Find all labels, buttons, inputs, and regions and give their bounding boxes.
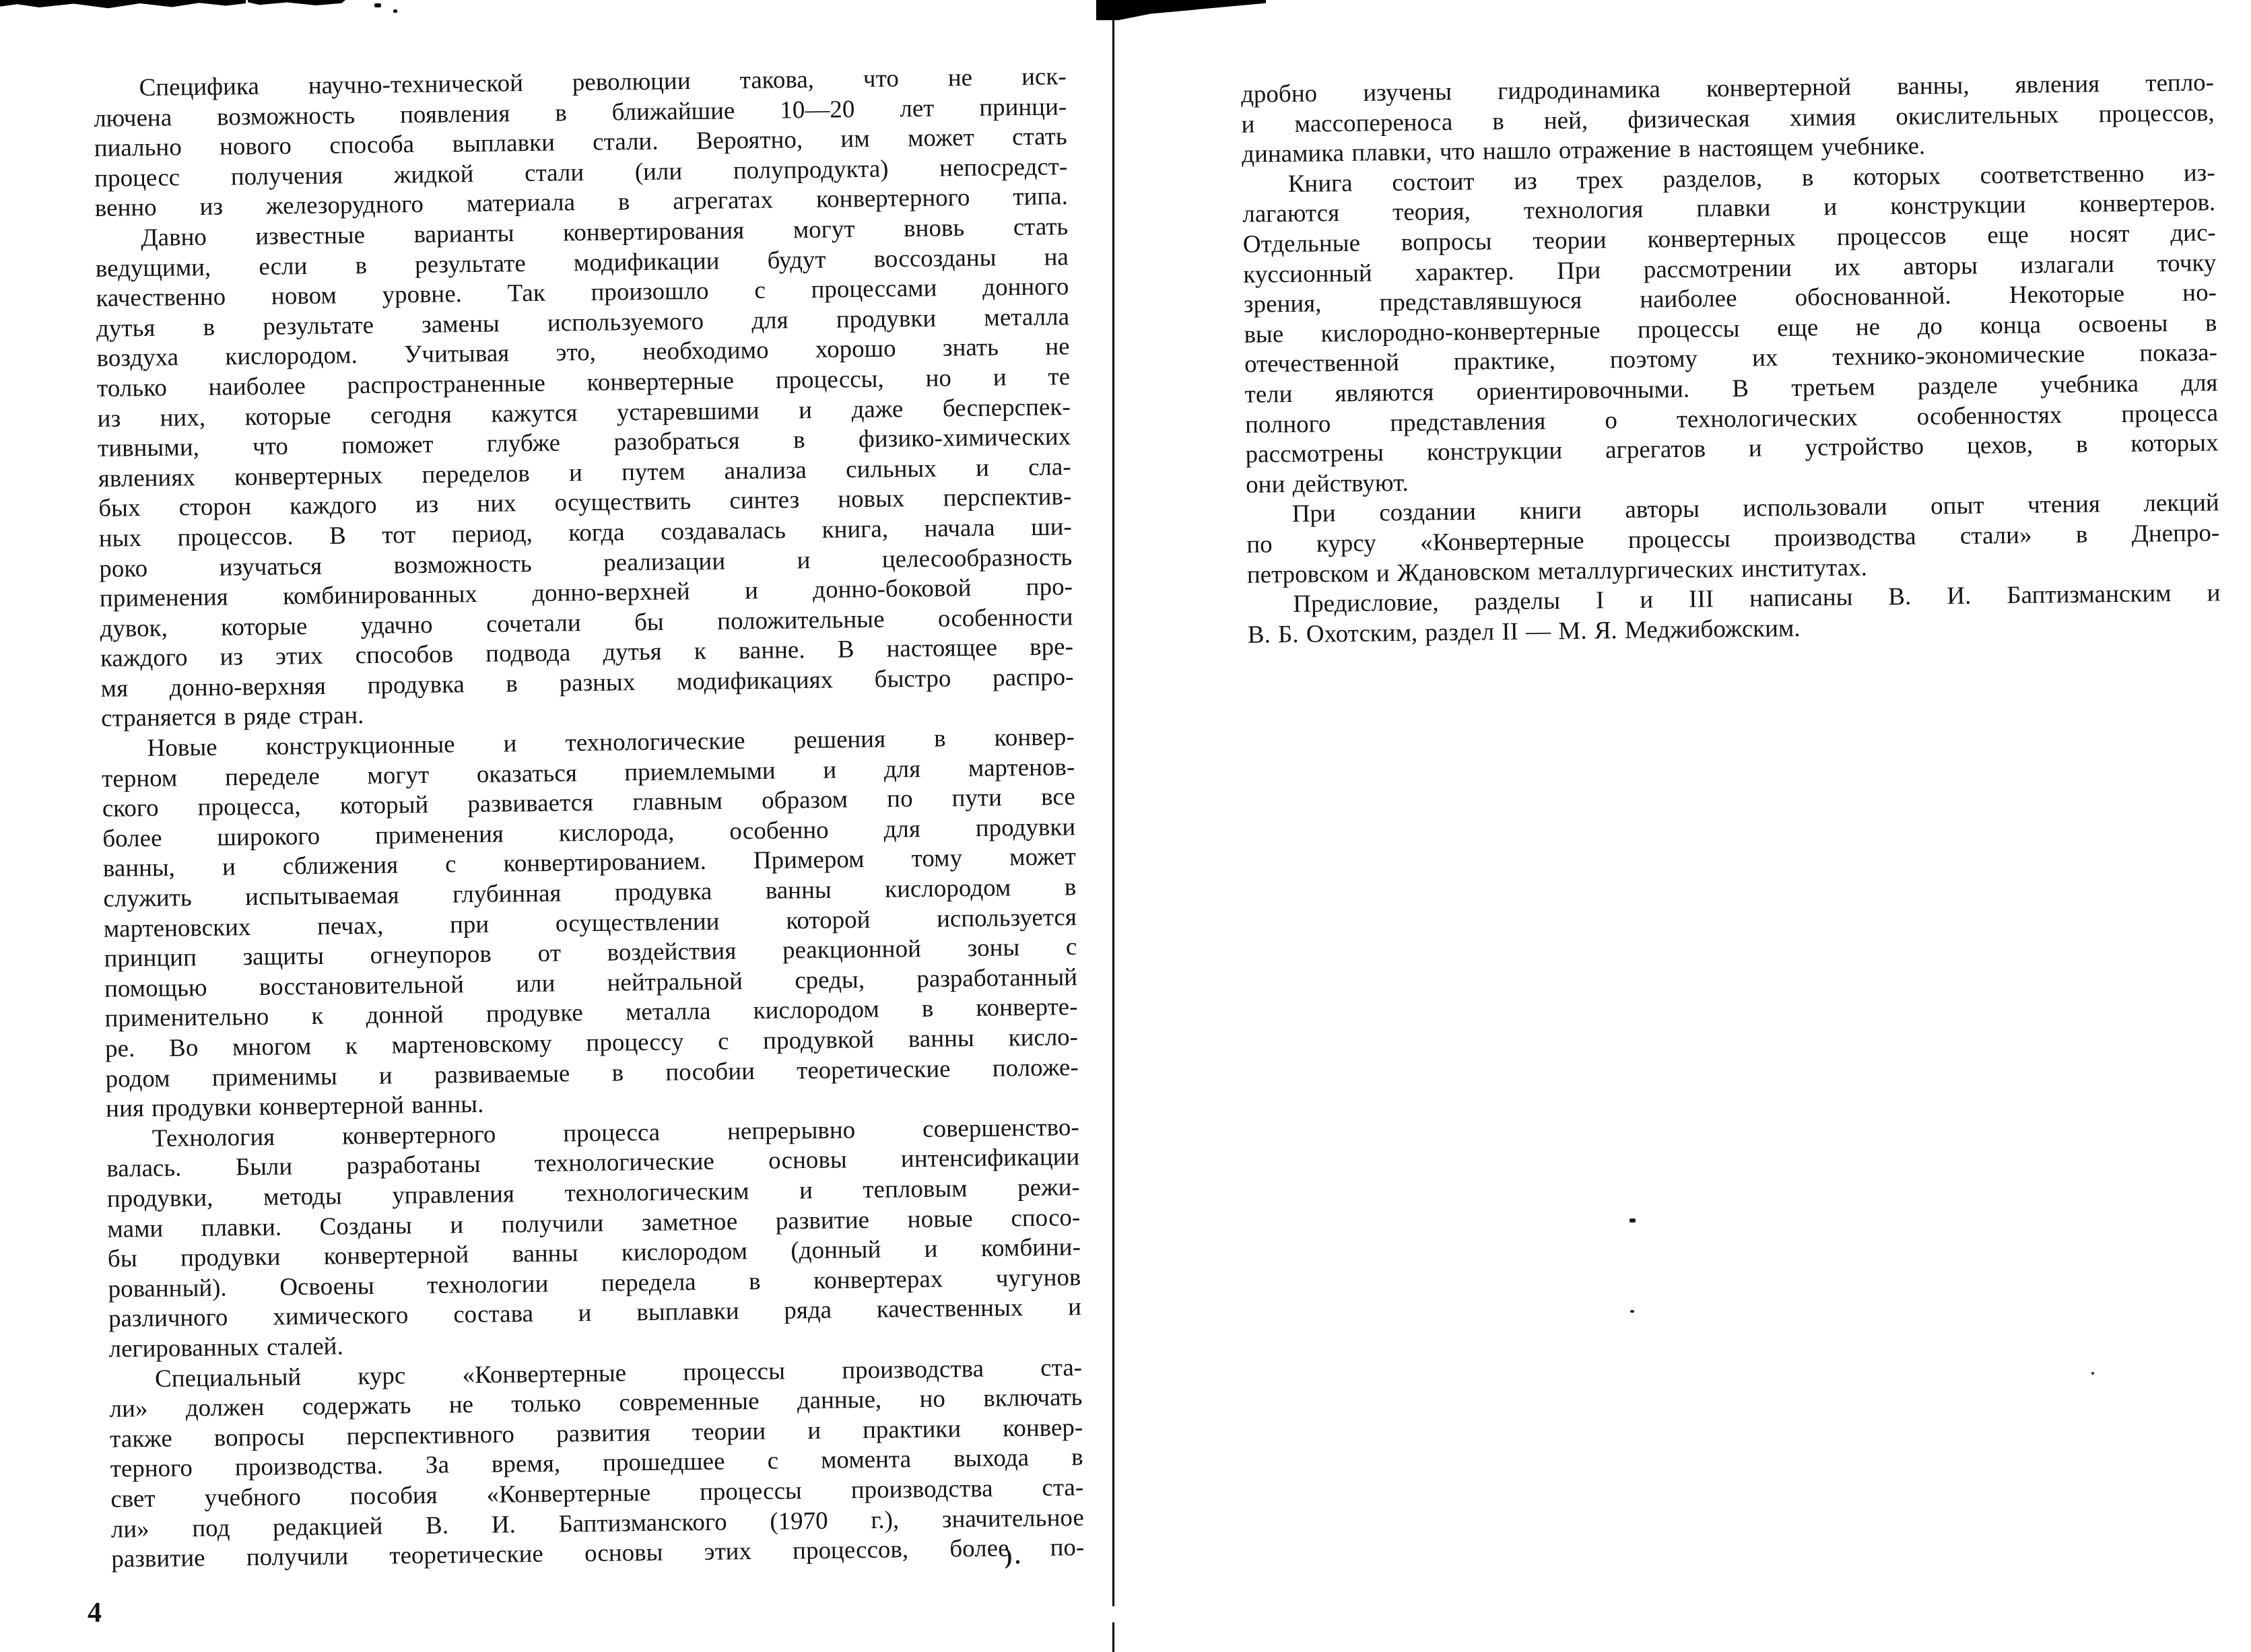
page-number: 4 (88, 1597, 102, 1629)
ink-speck (374, 3, 381, 7)
book-scan: Специфика научно-технической революции т… (0, 0, 2251, 1652)
ink-speck (393, 9, 397, 13)
page-gutter-line (1112, 0, 1114, 1652)
scan-artifact-top-edge (0, 0, 246, 9)
left-page-text: Специфика научно-технической революции т… (93, 62, 1084, 1575)
gutter-shadow-wedge (1096, 0, 1266, 20)
dust-speck (1630, 1218, 1636, 1223)
ink-smudge-mark: ). (1005, 1544, 1023, 1570)
scan-artifact-top-edge-2 (248, 0, 345, 5)
dust-speck (2091, 1372, 2094, 1375)
right-page-text: дробно изучены гидродинамика конвертерно… (1241, 68, 2221, 650)
dust-speck (1630, 1310, 1634, 1313)
